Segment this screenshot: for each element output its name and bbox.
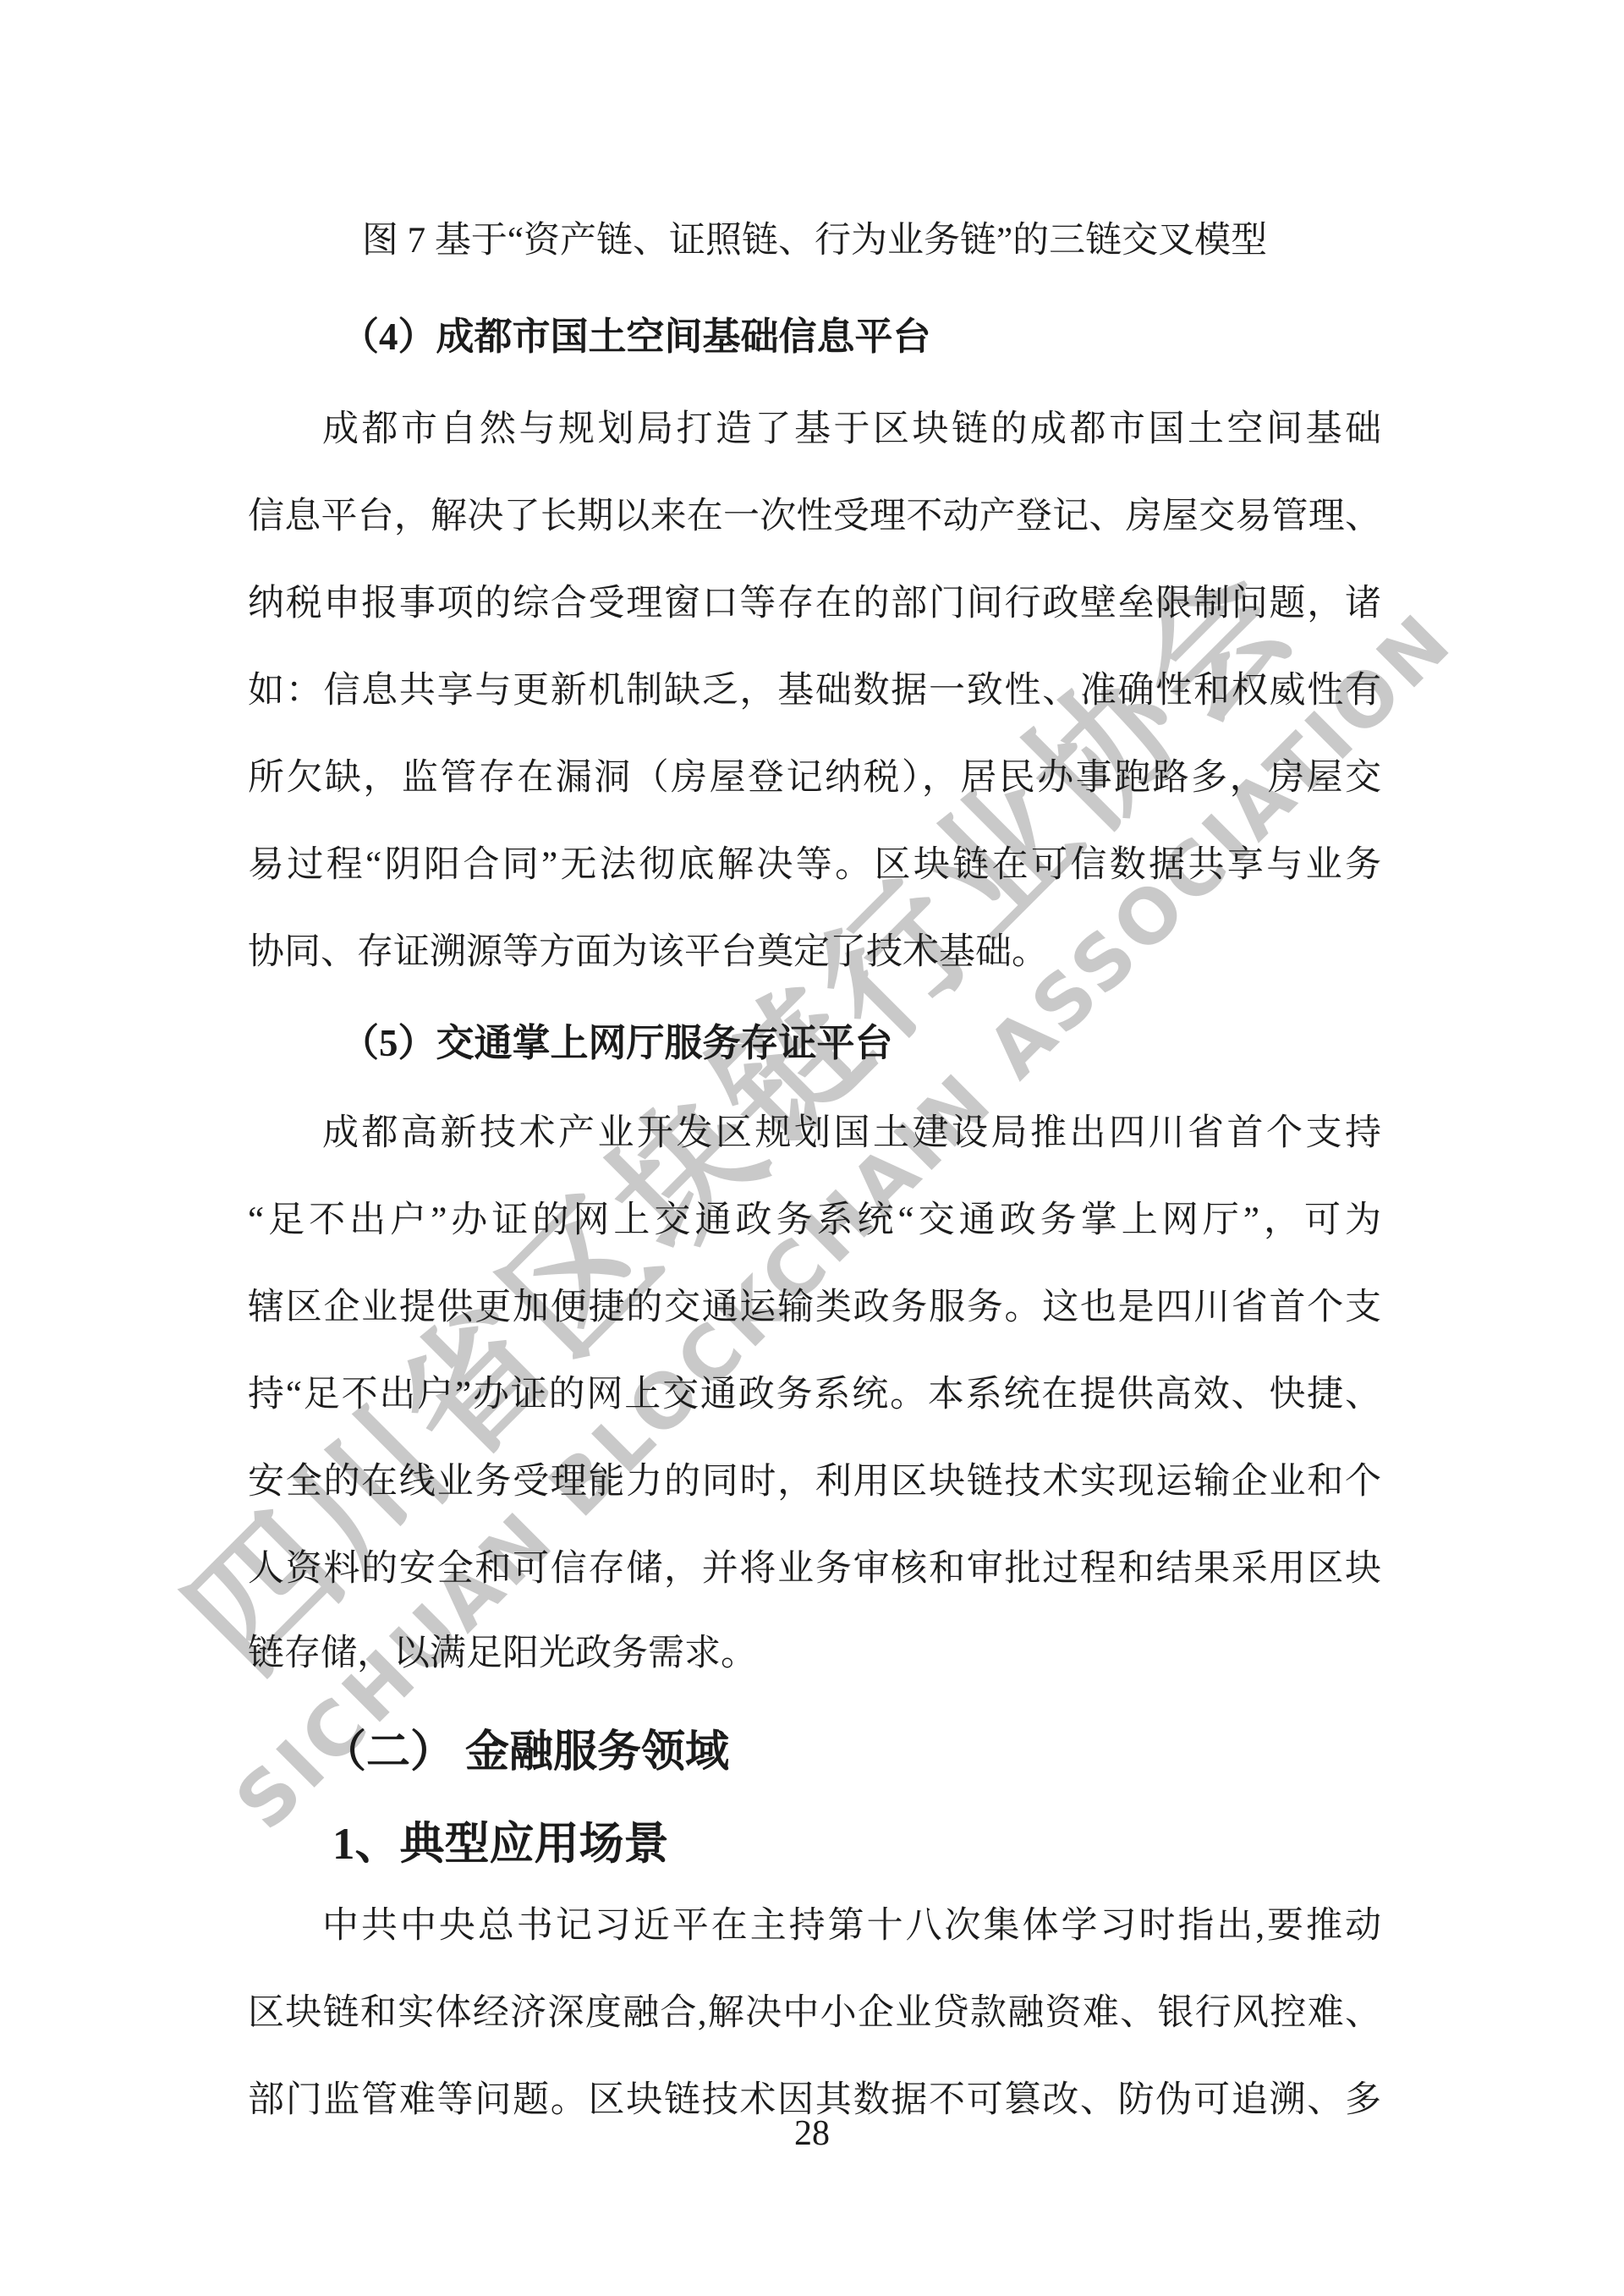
paragraph-line: 中共中央总书记习近平在主持第十八次集体学习时指出,要推动 — [248, 1882, 1381, 1970]
heading-4: （4）成都市国土空间基础信息平台 — [248, 293, 1381, 381]
paragraph-line: 区块链和实体经济深度融合,解决中小企业贷款融资难、银行风控难、 — [248, 1969, 1381, 2057]
paragraph-line: 成都市自然与规划局打造了基于区块链的成都市国土空间基础 — [248, 386, 1381, 474]
paragraph-line: 所欠缺，监管存在漏洞（房屋登记纳税），居民办事跑路多，房屋交 — [248, 734, 1381, 822]
paragraph-line: “足不出户”办证的网上交通政务系统“交通政务掌上网厅”，可为 — [248, 1177, 1381, 1265]
paragraph-line: 链存储，以满足阳光政务需求。 — [248, 1610, 1381, 1698]
paragraph-line: 如：信息共享与更新机制缺乏，基础数据一致性、准确性和权威性有 — [248, 647, 1381, 735]
paragraph-line: 人资料的安全和可信存储，并将业务审核和审批过程和结果采用区块 — [248, 1525, 1381, 1613]
paragraph-line: 安全的在线业务受理能力的同时，利用区块链技术实现运输企业和个 — [248, 1438, 1381, 1526]
heading-subsection-1: 1、典型应用场景 — [248, 1798, 1381, 1891]
figure-caption: 图 7 基于“资产链、证照链、行为业务链”的三链交叉模型 — [248, 197, 1381, 285]
page-number: 28 — [0, 2108, 1624, 2159]
heading-section-2: （二） 金融服务领域 — [248, 1706, 1381, 1799]
document-page: 四川省区块链行业协会 SICHUAN BLOCKCHAIN ASSOCIATIO… — [0, 0, 1624, 2296]
paragraph-line: 信息平台，解决了长期以来在一次性受理不动产登记、房屋交易管理、 — [248, 473, 1381, 561]
paragraph-line: 纳税申报事项的综合受理窗口等存在的部门间行政壁垒限制问题，诸 — [248, 560, 1381, 648]
paragraph-line: 协同、存证溯源等方面为该平台奠定了技术基础。 — [248, 909, 1381, 997]
paragraph-line: 持“足不出户”办证的网上交通政务系统。本系统在提供高效、快捷、 — [248, 1351, 1381, 1439]
paragraph-line: 辖区企业提供更加便捷的交通运输类政务服务。这也是四川省首个支 — [248, 1264, 1381, 1352]
paragraph-line: 易过程“阴阳合同”无法彻底解决等。区块链在可信数据共享与业务 — [248, 821, 1381, 909]
heading-5: （5）交通掌上网厅服务存证平台 — [248, 999, 1381, 1087]
paragraph-line: 成都高新技术产业开发区规划国土建设局推出四川省首个支持 — [248, 1090, 1381, 1178]
